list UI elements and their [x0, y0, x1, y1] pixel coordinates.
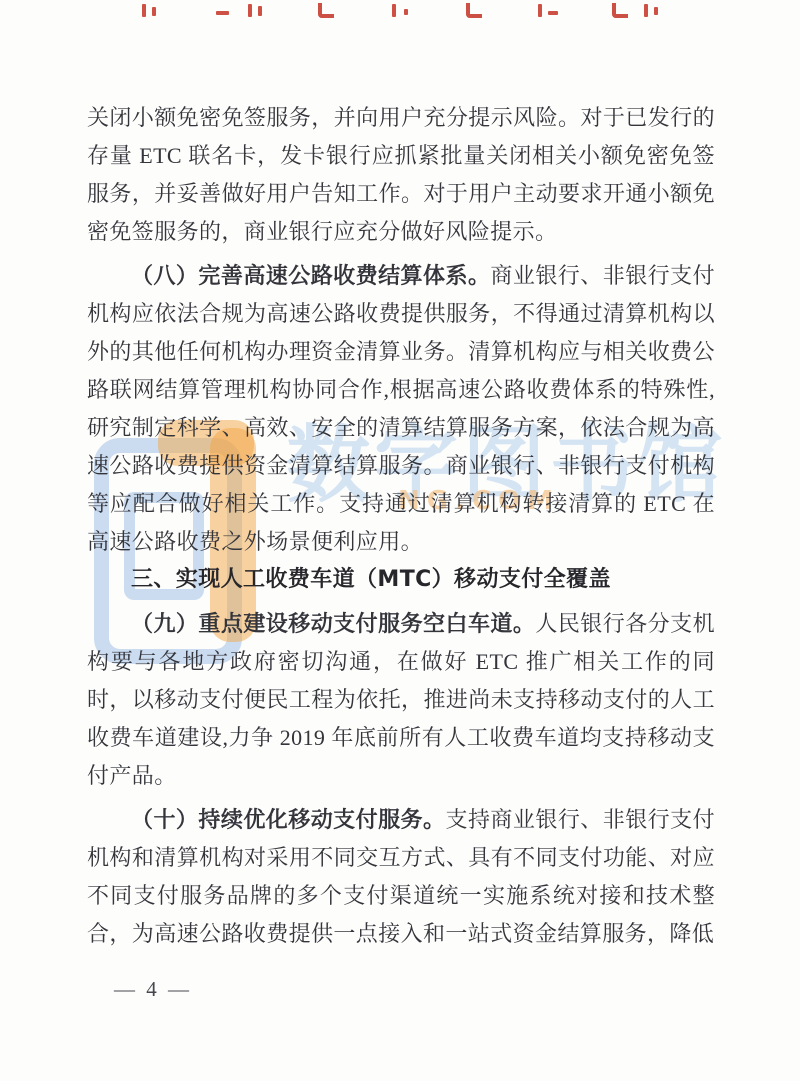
item-8-text: 商业银行、非银行支付机构应依法合规为高速公路收费提供服务，不得通过清算机构以外的… [87, 263, 715, 554]
red-fragment [392, 4, 396, 17]
red-fragment [548, 11, 558, 15]
item-9-text: 人民银行各分支机构要与各地方政府密切沟通，在做好 ETC 推广相关工作的同时，以… [87, 611, 715, 788]
paragraph-continuation: 关闭小额免密免签服务，并向用户充分提示风险。对于已发行的存量 ETC 联名卡，发… [87, 99, 715, 251]
paragraph-item-10: （十）持续优化移动支付服务。支持商业银行、非银行支付机构和清算机构对采用不同交互… [87, 801, 715, 953]
document-body: 关闭小额免密免签服务，并向用户充分提示风险。对于已发行的存量 ETC 联名卡，发… [87, 99, 715, 953]
red-fragment [216, 11, 229, 15]
red-fragment [318, 3, 334, 18]
red-fragment [466, 3, 482, 18]
page-number: — 4 — [114, 977, 192, 1002]
red-fragment [404, 9, 408, 15]
item-8-lead: （八）完善高速公路收费结算体系。 [131, 263, 490, 288]
red-fragment [248, 4, 252, 17]
item-9-lead: （九）重点建设移动支付服务空白车道。 [131, 611, 535, 636]
red-fragment [142, 4, 146, 17]
red-fragment [258, 6, 262, 16]
red-fragment [612, 3, 628, 18]
item-10-lead: （十）持续优化移动支付服务。 [131, 807, 446, 832]
paragraph-item-8: （八）完善高速公路收费结算体系。商业银行、非银行支付机构应依法合规为高速公路收费… [87, 257, 715, 561]
red-fragment [538, 4, 542, 17]
section-3-heading: 三、实现人工收费车道（MTC）移动支付全覆盖 [87, 561, 715, 599]
red-header-fragments [0, 0, 800, 26]
red-fragment [644, 4, 648, 17]
document-page: 数字图书馆 NG.COM 关闭小额免密免签服务，并向用户充分提示风险。对于已发行… [0, 0, 800, 1081]
red-fragment [654, 7, 658, 15]
red-fragment [152, 7, 156, 16]
paragraph-item-9: （九）重点建设移动支付服务空白车道。人民银行各分支机构要与各地方政府密切沟通，在… [87, 605, 715, 795]
